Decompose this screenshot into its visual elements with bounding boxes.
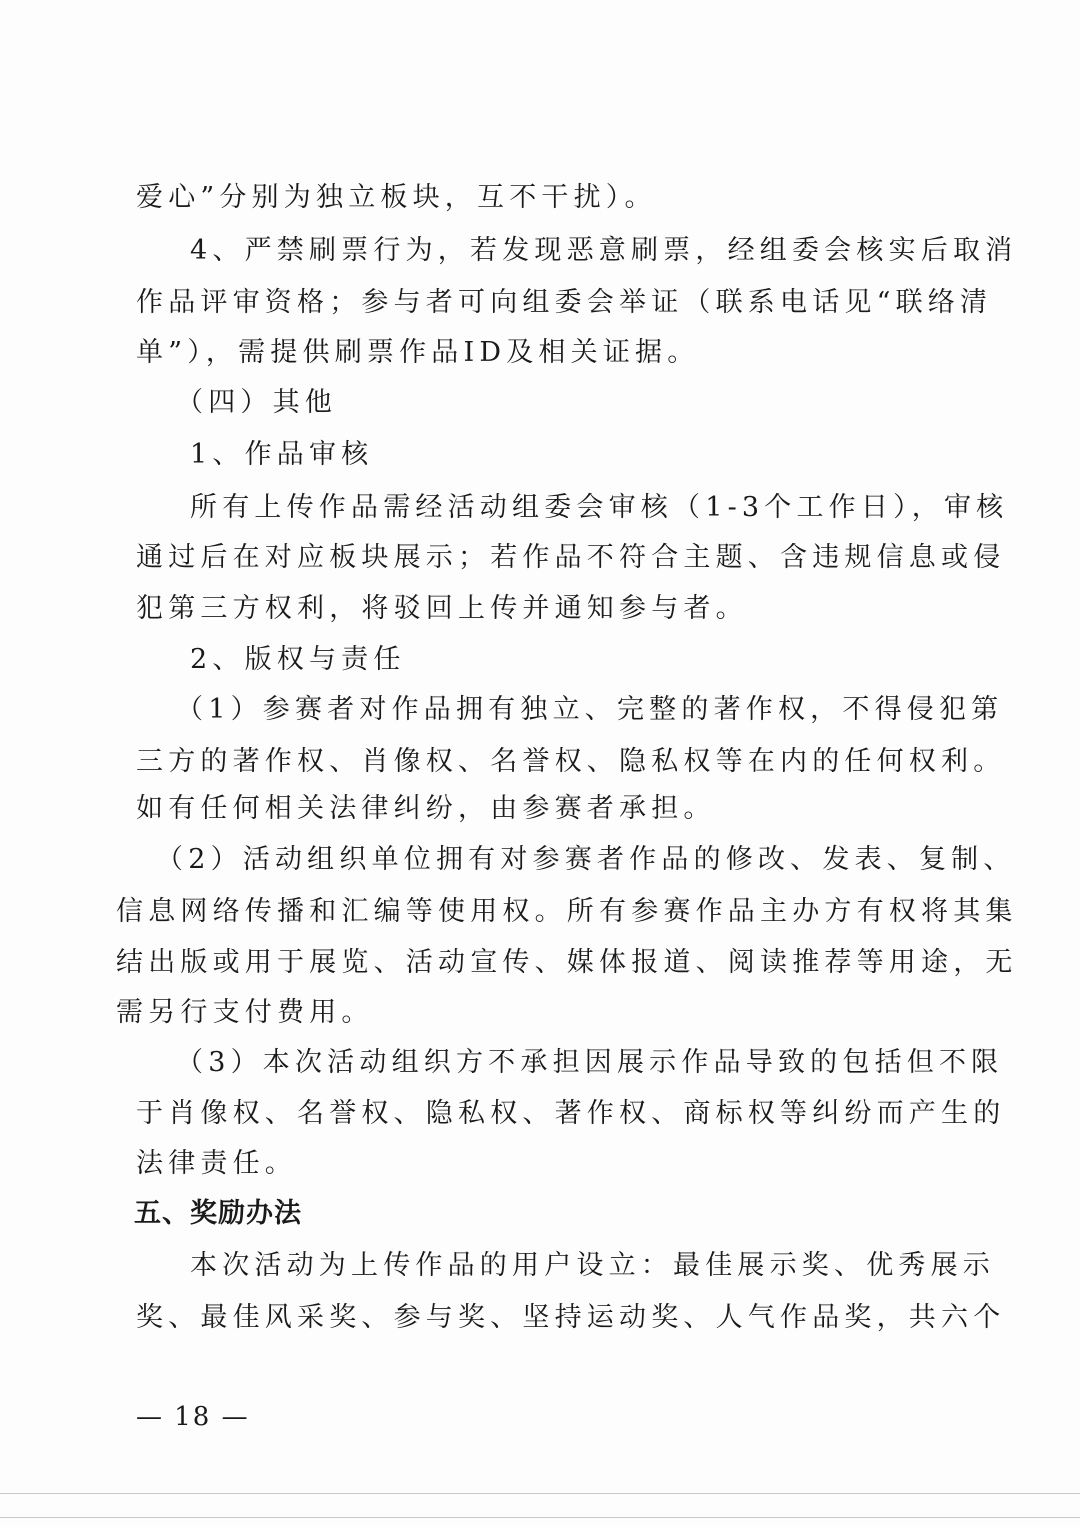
text-line: 单”），需提供刷票作品ID及相关证据。 [0, 336, 1080, 370]
text-line: 如有任何相关法律纠纷，由参赛者承担。 [0, 792, 1080, 826]
text-line-content: 于肖像权、名誉权、隐私权、著作权、商标权等纠纷而产生的 [136, 1097, 1005, 1131]
text-line: 奖、最佳风采奖、参与奖、坚持运动奖、人气作品奖，共六个 [0, 1301, 1080, 1335]
section-heading-rewards: 五、奖励办法 [0, 1197, 1080, 1231]
text-line-content: 爱心”分别为独立板块，互不干扰）。 [136, 181, 657, 215]
text-line: 信息网络传播和汇编等使用权。所有参赛作品主办方有权将其集 [0, 895, 1080, 929]
text-line-content: 本次活动为上传作品的用户设立：最佳展示奖、优秀展示 [190, 1249, 995, 1283]
text-line: 法律责任。 [0, 1147, 1080, 1181]
text-line: 需另行支付费用。 [0, 996, 1080, 1030]
text-line-content: 1、作品审核 [190, 438, 373, 472]
text-line-content: 结出版或用于展览、活动宣传、媒体报道、阅读推荐等用途，无 [116, 946, 1018, 980]
document-page: 爱心”分别为独立板块，互不干扰）。4、严禁刷票行为，若发现恶意刷票，经组委会核实… [0, 0, 1080, 1527]
text-line-content: 通过后在对应板块展示；若作品不符合主题、含违规信息或侵 [136, 541, 1005, 575]
text-line: 通过后在对应板块展示；若作品不符合主题、含违规信息或侵 [0, 541, 1080, 575]
text-line: 1、作品审核 [0, 438, 1080, 472]
text-line: 于肖像权、名誉权、隐私权、著作权、商标权等纠纷而产生的 [0, 1097, 1080, 1131]
footer-divider-top [0, 1493, 1080, 1494]
text-line-content: 信息网络传播和汇编等使用权。所有参赛作品主办方有权将其集 [116, 895, 1018, 929]
text-line: （四）其他 [0, 386, 1080, 420]
text-line: 作品评审资格；参与者可向组委会举证（联系电话见“联络清 [0, 286, 1080, 320]
text-line: 4、严禁刷票行为，若发现恶意刷票，经组委会核实后取消 [0, 234, 1080, 268]
page-number: — 18 — [136, 1402, 250, 1432]
text-line-content: 如有任何相关法律纠纷，由参赛者承担。 [136, 792, 716, 826]
text-line-content: 犯第三方权利，将驳回上传并通知参与者。 [136, 592, 748, 626]
text-line: 结出版或用于展览、活动宣传、媒体报道、阅读推荐等用途，无 [0, 946, 1080, 980]
text-line: 所有上传作品需经活动组委会审核（1-3个工作日），审核 [0, 491, 1080, 525]
text-line: 犯第三方权利，将驳回上传并通知参与者。 [0, 592, 1080, 626]
text-line-content: 奖、最佳风采奖、参与奖、坚持运动奖、人气作品奖，共六个 [136, 1301, 1005, 1335]
text-line: （2）活动组织单位拥有对参赛者作品的修改、发表、复制、 [0, 843, 1080, 877]
footer-divider-bottom [0, 1517, 1080, 1518]
text-line-content: 作品评审资格；参与者可向组委会举证（联系电话见“联络清 [136, 286, 992, 320]
text-line: 三方的著作权、肖像权、名誉权、隐私权等在内的任何权利。 [0, 745, 1080, 779]
text-line-content: 法律责任。 [136, 1147, 297, 1181]
text-line: 爱心”分别为独立板块，互不干扰）。 [0, 181, 1080, 215]
text-line-content: （3）本次活动组织方不承担因展示作品导致的包括但不限 [176, 1046, 1003, 1080]
text-line-content: 单”），需提供刷票作品ID及相关证据。 [136, 336, 699, 370]
text-line: （1）参赛者对作品拥有独立、完整的著作权，不得侵犯第 [0, 693, 1080, 727]
text-line: 本次活动为上传作品的用户设立：最佳展示奖、优秀展示 [0, 1249, 1080, 1283]
text-line-content: 2、版权与责任 [190, 643, 406, 677]
text-line: （3）本次活动组织方不承担因展示作品导致的包括但不限 [0, 1046, 1080, 1080]
text-line-content: 所有上传作品需经活动组委会审核（1-3个工作日），审核 [190, 491, 1008, 525]
text-line-content: （1）参赛者对作品拥有独立、完整的著作权，不得侵犯第 [176, 693, 1003, 727]
text-line-content: 三方的著作权、肖像权、名誉权、隐私权等在内的任何权利。 [136, 745, 1005, 779]
text-line: 2、版权与责任 [0, 643, 1080, 677]
text-line-content: 4、严禁刷票行为，若发现恶意刷票，经组委会核实后取消 [190, 234, 1017, 268]
text-line-content: （四）其他 [176, 386, 337, 420]
text-line-content: （2）活动组织单位拥有对参赛者作品的修改、发表、复制、 [156, 843, 1016, 877]
text-line-content: 需另行支付费用。 [116, 996, 374, 1030]
